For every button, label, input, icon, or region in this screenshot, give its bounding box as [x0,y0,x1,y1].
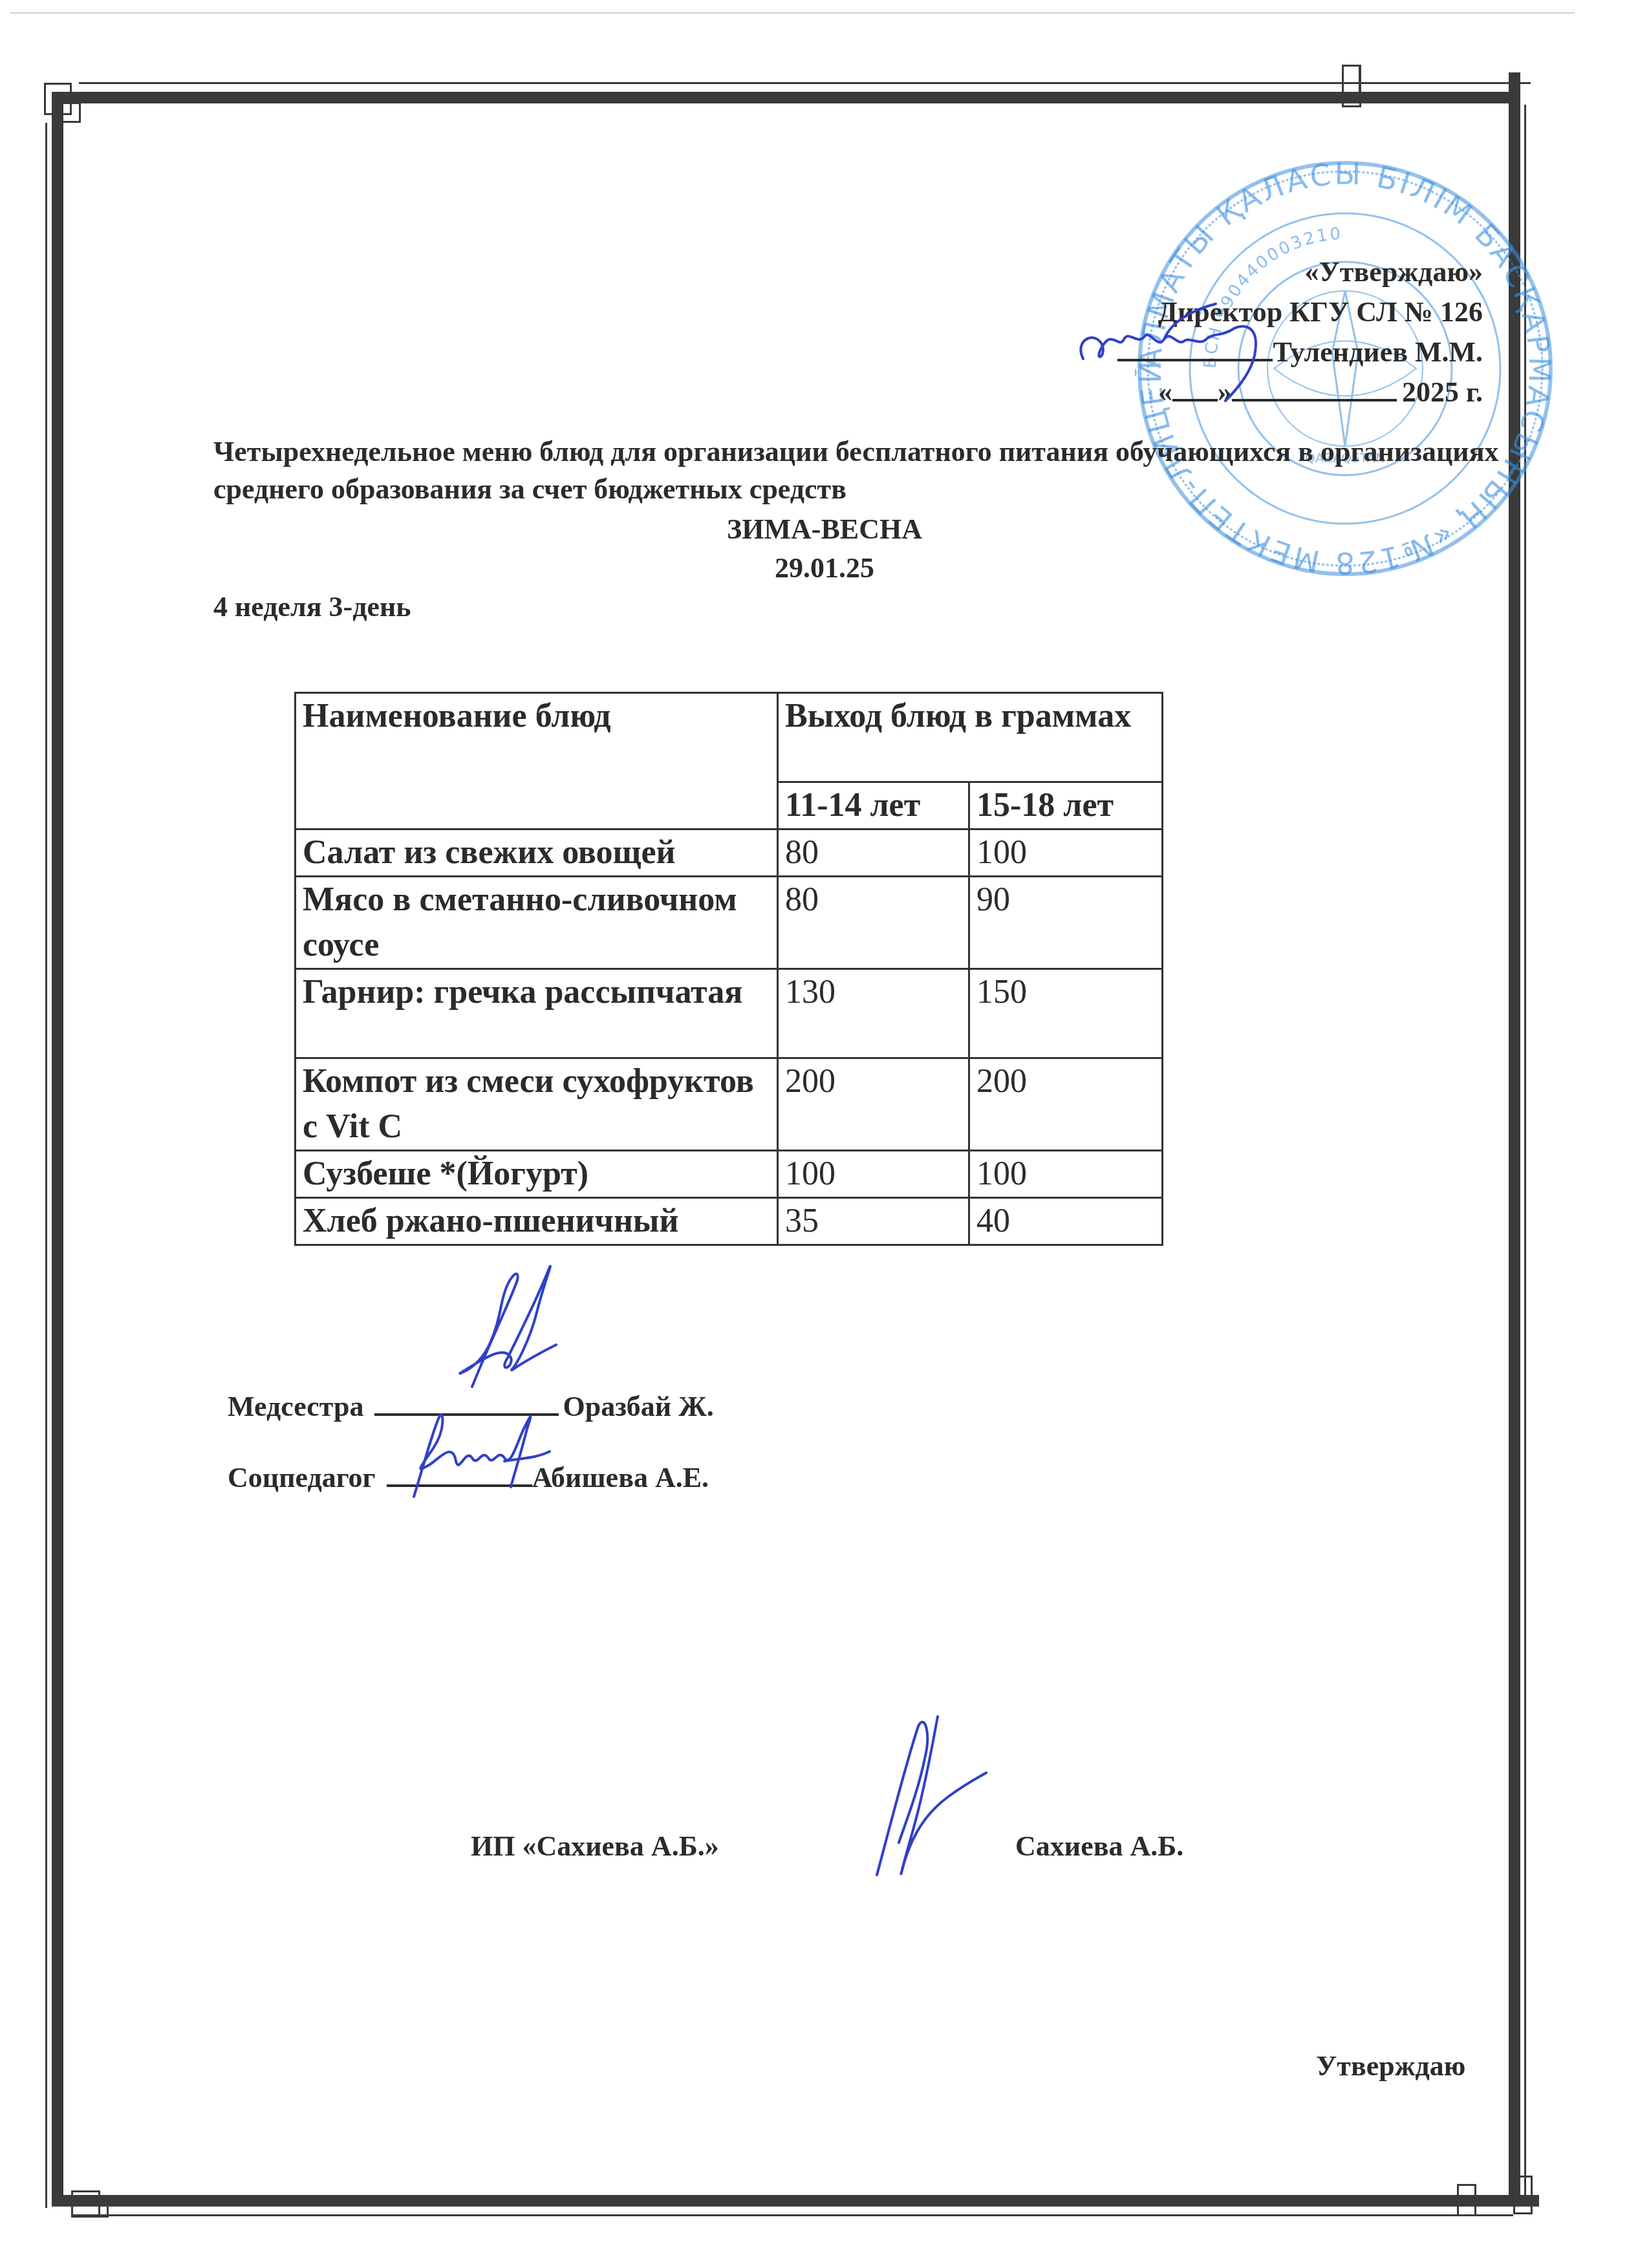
frame-thick-left [52,92,63,2207]
document-season: ЗИМА-ВЕСНА [0,511,1649,548]
corner-ornament-br [1513,2176,1533,2214]
dish-name: Салат из свежих овощей [296,829,778,877]
social-pedagogue-signature-icon [407,1403,576,1500]
frame-thick-top [52,92,1520,103]
nurse-role: Медсестра [228,1391,363,1422]
table-row: Хлеб ржано-пшеничный 35 40 [296,1198,1163,1245]
portion-11-14: 35 [778,1198,969,1245]
document-date: 29.01.25 [0,550,1649,587]
corner-ornament-tr [1342,65,1361,107]
table-row: Мясо в сметанно-сливочном соусе 80 90 [296,877,1163,969]
ip-name: Сахиева А.Б. [1015,1830,1183,1863]
nurse-signature-icon [446,1261,576,1396]
portion-11-14: 130 [778,969,969,1058]
header-age-11-14: 11-14 лет [778,782,969,829]
nurse-name: Оразбай Ж. [563,1391,713,1422]
dish-name: Гарнир: гречка рассыпчатая [296,969,778,1058]
table-row: Гарнир: гречка рассыпчатая 130 150 [296,969,1163,1058]
dish-name: Хлеб ржано-пшеничный [296,1198,778,1245]
frame-thin-top [79,82,1531,84]
portion-11-14: 80 [778,829,969,877]
header-age-15-18: 15-18 лет [969,782,1163,829]
frame-thin-left [45,123,47,2208]
corner-ornament-bl [71,2201,109,2218]
director-signature-icon [1067,284,1326,407]
portion-15-18: 100 [969,1151,1163,1198]
frame-thick-bottom [58,2195,1539,2207]
portion-11-14: 200 [778,1058,969,1151]
table-row: Компот из смеси сухофруктов с Vit C 200 … [296,1058,1163,1151]
portion-15-18: 150 [969,969,1163,1058]
portion-11-14: 80 [778,877,969,969]
corner-ornament-tl [61,102,81,123]
menu-table: Наименование блюд Выход блюд в граммах 1… [294,692,1163,1246]
week-day-label: 4 неделя 3-день [213,588,411,626]
portion-15-18: 200 [969,1058,1163,1151]
document-title: Четырехнедельное меню блюд для организац… [213,433,1500,508]
portion-11-14: 100 [778,1151,969,1198]
footer-approve-label: Утверждаю [1316,2049,1465,2082]
table-row: Салат из свежих овощей 80 100 [296,829,1163,877]
ip-signature-icon [860,1713,1022,1881]
corner-ornament-br [1457,2184,1476,2216]
header-output: Выход блюд в граммах [778,693,1163,782]
portion-15-18: 90 [969,877,1163,969]
dish-name: Мясо в сметанно-сливочном соусе [296,877,778,969]
approval-year: 2025 г. [1402,376,1483,408]
frame-thin-bottom [81,2214,1513,2216]
table-row: Сузбеше *(Йогурт) 100 100 [296,1151,1163,1198]
portion-15-18: 40 [969,1198,1163,1245]
social-role: Соцпедагог [228,1462,376,1493]
ip-label: ИП «Сахиева А.Б.» [471,1830,719,1863]
header-dish-name: Наименование блюд [296,693,778,829]
dish-name: Сузбеше *(Йогурт) [296,1151,778,1198]
dish-name: Компот из смеси сухофруктов с Vit C [296,1058,778,1151]
portion-15-18: 100 [969,829,1163,877]
scan-edge-line [10,12,1575,14]
